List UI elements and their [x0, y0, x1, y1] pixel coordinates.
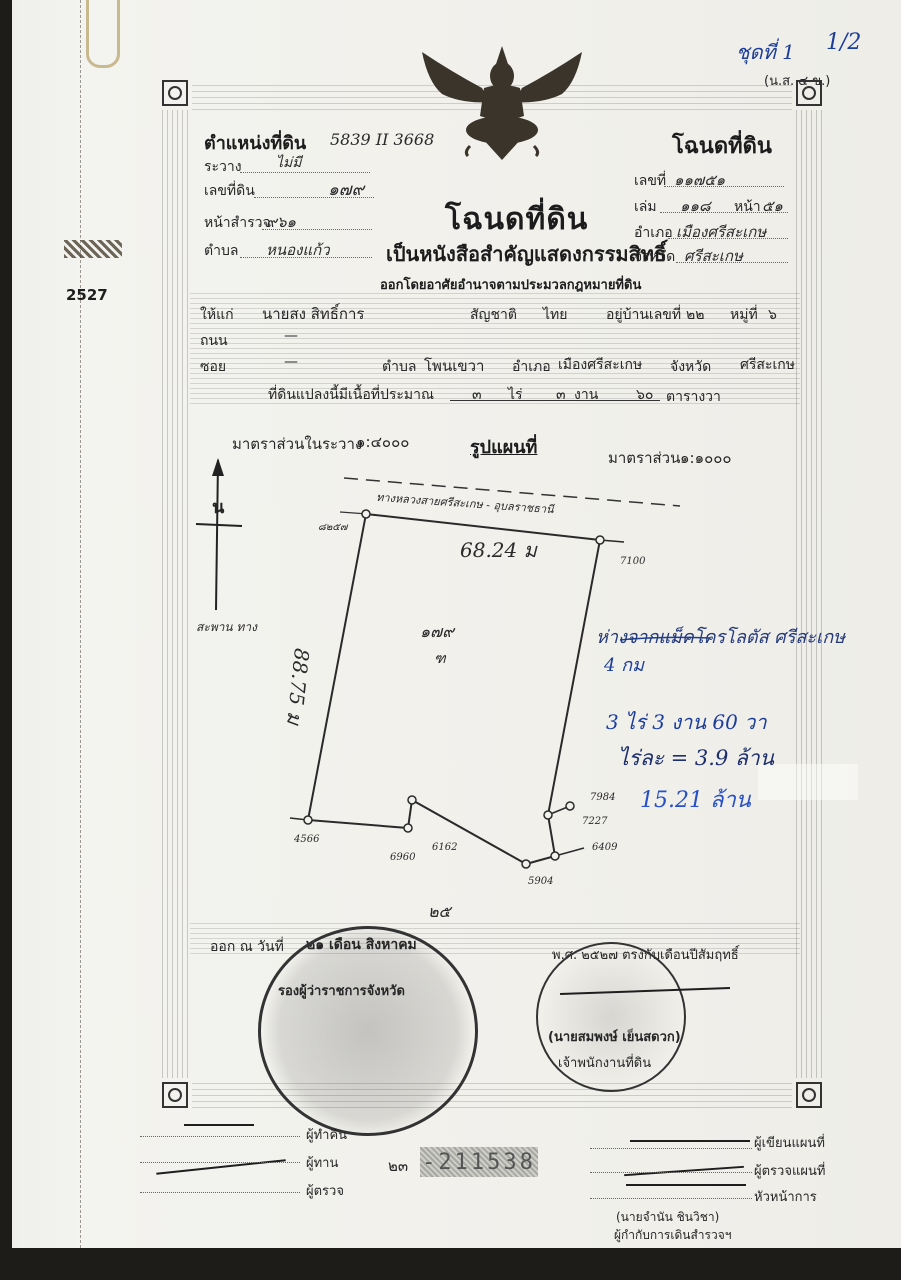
owner-district-label: อำเภอ	[512, 356, 551, 378]
moo-value: ๖	[768, 304, 777, 326]
deed-authority-line: ออกโดยอาศัยอำนาจตามประมวลกฎหมายที่ดิน	[380, 274, 641, 295]
field-value-district: เมืองศรีสะเกษ	[676, 220, 766, 244]
road-value: —	[284, 328, 298, 344]
signature-line	[140, 1162, 300, 1163]
owner-province-value: ศรีสะเกษ	[740, 354, 795, 376]
marker-label: 7984	[590, 792, 615, 803]
area-rai-value: ๓	[472, 384, 482, 406]
corner-ornament-icon	[796, 80, 822, 106]
binding-mark	[64, 240, 122, 258]
signature-1	[184, 1124, 254, 1126]
dotted-line	[660, 212, 788, 213]
note-distance: ห่างจากแม็คโครโลตัส ศรีสะเกษ	[596, 622, 845, 651]
marker-label: ๘๒๕๗	[318, 520, 347, 535]
corner-ornament-icon	[796, 1082, 822, 1108]
owner-subdistrict-value: โพนเขวา	[424, 354, 484, 378]
moo-label: หมู่ที่	[730, 304, 758, 326]
signature-line	[590, 1148, 752, 1149]
field-label-subdistrict: ตำบล	[204, 240, 238, 262]
signer-label: ผู้ทำคิน	[306, 1124, 347, 1145]
official-seal-left	[258, 926, 478, 1136]
dotted-line	[668, 238, 788, 239]
garuda-emblem-icon	[412, 42, 592, 162]
field-label-deed-number: เลขที่	[634, 170, 666, 192]
plan-scale-label: มาตราส่วน	[608, 446, 680, 470]
note-total-price: 15.21 ล้าน	[640, 782, 751, 817]
field-value-rawang: ไม่มี	[276, 152, 302, 174]
dotted-line	[254, 197, 374, 198]
field-value-province: ศรีสะเกษ	[684, 244, 743, 268]
official-name: (นายจำนัน ชินวิชา)	[616, 1208, 719, 1227]
field-value-land-number: ๑๗๙	[328, 176, 364, 203]
plan-title: รูปแผนที่	[470, 432, 537, 461]
plan-scale-value: ๑:๑๐๐๐	[680, 446, 732, 470]
field-value-survey-page: ๙๖๑	[266, 210, 296, 234]
marker-label: 7100	[620, 556, 645, 567]
serial-number-box: -211538	[420, 1147, 538, 1177]
dotted-line	[240, 257, 372, 258]
land-officer-title: เจ้าพนักงานที่ดิน	[558, 1052, 651, 1073]
field-value-volume: ๑๑๘	[680, 194, 711, 218]
issued-date-label: ออก ณ วันที่	[210, 936, 284, 958]
paper-fold-line	[80, 0, 81, 1248]
watermark-band-left	[162, 110, 188, 1078]
area-label: ที่ดินแปลงนี้มีเนื้อที่ประมาณ	[268, 384, 434, 406]
marker-label: 4566	[294, 834, 319, 845]
owner-label: ให้แก่	[200, 304, 234, 326]
nationality-value: ไทย	[543, 304, 567, 326]
field-label-rawang: ระวาง	[204, 156, 242, 178]
signature-3	[630, 1140, 750, 1142]
right-deed-title: โฉนดที่ดิน	[672, 128, 772, 163]
note-area: 3 ไร่ 3 งาน 60 วา	[606, 706, 767, 738]
note-price-per-rai: ไร่ละ = 3.9 ล้าน	[618, 742, 774, 775]
field-label-page: หน้า	[734, 196, 761, 218]
house-number-value: ๒๒	[686, 304, 704, 326]
serial-prefix: ๒๓	[388, 1154, 408, 1178]
deed-title: โฉนดที่ดิน	[445, 196, 588, 243]
marker-label: 5904	[528, 876, 553, 887]
corner-ornament-icon	[162, 80, 188, 106]
dotted-line	[676, 262, 788, 263]
field-label-volume: เล่ม	[634, 196, 657, 218]
deputy-governor-title: รองผู้ว่าราชการจังหวัด	[278, 980, 405, 1001]
map-writer-label: ผู้เขียนแผนที่	[754, 1132, 825, 1153]
chief-label: หัวหน้าการ	[754, 1186, 817, 1207]
owner-name: นายสง สิทธิ์การ	[262, 302, 364, 326]
field-value-subdistrict: หนองแก้ว	[266, 238, 330, 262]
map-checker-label: ผู้ตรวจแผนที่	[754, 1160, 825, 1181]
marker-label: 6409	[592, 842, 617, 853]
owner-province-label: จังหวัด	[670, 356, 711, 378]
signature-line	[140, 1192, 300, 1193]
top-side-length: 68.24 ม	[460, 534, 537, 566]
map-sheet-number: 5839 II 3668	[330, 130, 434, 149]
west-note: สะพาน ทาง	[196, 618, 257, 637]
field-label-land-number: เลขที่ดิน	[204, 180, 255, 202]
parcel-number: ๑๗๙	[420, 620, 454, 645]
sheet-scale-label: มาตราส่วนในระวาง	[232, 432, 362, 456]
signature-line	[590, 1198, 752, 1199]
note-distance-km: 4 กม	[604, 650, 644, 679]
deed-subtitle: เป็นหนังสือสำคัญแสดงกรรมสิทธิ์	[386, 238, 666, 270]
soi-value: —	[284, 354, 298, 370]
official-title: ผู้กำกับการเดินสำรวจฯ	[614, 1226, 731, 1245]
signature-line	[590, 1172, 752, 1173]
set-fraction-annotation: 1/2	[826, 30, 861, 55]
area-underline	[450, 400, 660, 401]
year-marker: ๒๕	[428, 900, 451, 925]
nationality-label: สัญชาติ	[470, 304, 517, 326]
field-label-district: อำเภอ	[634, 222, 673, 244]
owner-district-value: เมืองศรีสะเกษ	[558, 354, 642, 376]
dotted-line	[240, 172, 370, 173]
north-label: น	[212, 492, 224, 521]
paper-clip	[86, 0, 120, 68]
signer-label: ผู้ตรวจ	[306, 1180, 344, 1201]
field-label-province: จังหวัด	[634, 246, 675, 268]
parcel-subnumber: ฑ	[434, 648, 446, 670]
soi-label: ซอย	[200, 356, 226, 378]
signature-line	[140, 1136, 300, 1137]
dotted-line	[664, 186, 784, 187]
house-number-label: อยู่บ้านเลขที่	[606, 304, 681, 326]
road-label: ถนน	[200, 330, 228, 352]
side-code: 2527	[66, 286, 108, 304]
signer-label: ผู้ทาน	[306, 1152, 338, 1173]
marker-label: 6162	[432, 842, 457, 853]
dotted-line	[262, 229, 372, 230]
area-rai-label: ไร่	[508, 384, 523, 406]
marker-label: 7227	[582, 816, 607, 827]
area-ngan-value: ๓	[556, 384, 566, 406]
owner-subdistrict-label: ตำบล	[382, 356, 416, 378]
sheet-scale-value: ๑:๔๐๐๐	[356, 430, 409, 454]
field-label-survey-page: หน้าสำรวจ	[204, 212, 271, 234]
field-value-page: ๕๑	[762, 194, 783, 218]
signature-5	[626, 1184, 746, 1186]
land-officer-name: (นายสมพงษ์ เย็นสดวก)	[548, 1026, 681, 1047]
area-wa-value: ๖๐	[636, 384, 653, 406]
set-number-annotation: ชุดที่ 1	[736, 36, 795, 68]
area-ngan-label: งาน	[574, 384, 598, 406]
field-value-deed-number: ๑๑๗๕๑	[674, 168, 725, 192]
corner-ornament-icon	[162, 1082, 188, 1108]
marker-label: 6960	[390, 852, 415, 863]
area-wa-label: ตารางวา	[666, 386, 721, 408]
